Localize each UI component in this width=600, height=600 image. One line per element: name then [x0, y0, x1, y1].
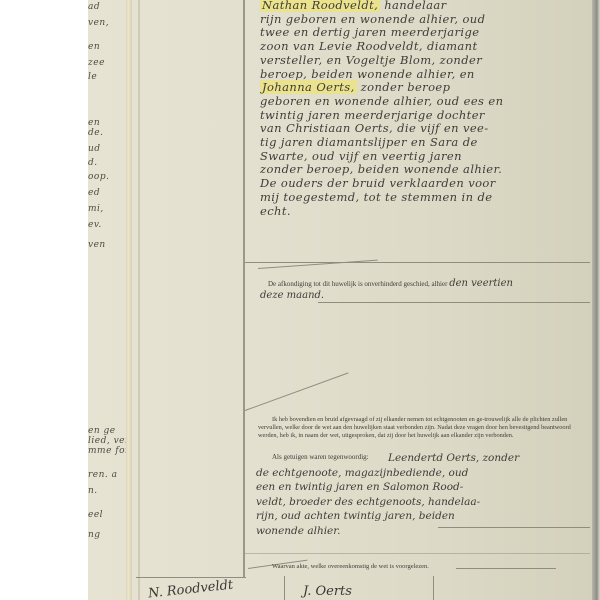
left-fragment-line: oop. — [88, 172, 109, 182]
handwritten-line: De ouders der bruid verklaarden voor — [260, 176, 590, 190]
rule-line — [456, 568, 556, 569]
signature-divider — [433, 576, 434, 600]
handwritten-line: versteller, en Vogeltje Blom, zonder — [260, 53, 590, 67]
handwritten-line: zonder beroep, beiden wonende alhier. — [260, 162, 590, 176]
rule-line — [438, 527, 590, 528]
column-divider-rule — [243, 0, 245, 578]
handwritten-line: beroep, beiden wonende alhier, en — [260, 67, 590, 81]
left-fragment-line: eel — [88, 510, 103, 520]
left-fragment-line: lied, ver — [88, 436, 126, 446]
handwritten-line: zoon van Levie Roodveldt, diamant — [260, 39, 590, 53]
handwritten-line: geboren en wonende alhier, oud ees en — [260, 94, 590, 108]
left-fragment-line: d. — [88, 158, 98, 168]
left-fragment-line: mi, — [88, 204, 104, 214]
declaration-paragraph: Ik heb bovendien en bruid afgevraagd of … — [258, 416, 588, 441]
left-fragment-line: de. — [88, 128, 103, 138]
highlighted-name: Nathan Roodveldt, — [260, 0, 380, 12]
left-fragment-line: le — [88, 72, 97, 82]
handwritten-line: Swarte, oud vijf en veertig jaren — [260, 149, 590, 163]
witness-line: wonende alhier. — [256, 523, 586, 539]
handwritten-line: twee en dertig jaren meerderjarige — [260, 25, 590, 39]
witnesses-label: Als getuigen waren tegenwoordig: — [272, 453, 369, 461]
handwritten-line: Johanna Oerts, zonder beroep — [260, 80, 590, 94]
highlighted-name: Johanna Oerts, — [260, 80, 357, 94]
diagonal-stroke — [245, 372, 349, 411]
signature-divider — [284, 576, 285, 600]
left-fragment-line: ad — [88, 2, 100, 12]
left-page-fragment: adven,enzeeleende.udd.oop.edmi,ev.venen … — [88, 0, 126, 600]
left-fragment-line: ven — [88, 240, 106, 250]
left-fragment-line: ng — [88, 530, 101, 540]
handwritten-line: rijn geboren en wonende alhier, oud — [260, 12, 590, 26]
announcement-continuation: deze maand. — [260, 290, 324, 301]
page-gutter-fold — [126, 0, 132, 600]
scan-edge — [592, 0, 600, 600]
rule-line — [245, 553, 590, 554]
handwritten-line: tig jaren diamantslijper en Sara de — [260, 135, 590, 149]
page-gutter-line — [138, 0, 140, 600]
rule-line — [318, 302, 590, 303]
scanned-document-page: adven,enzeeleende.udd.oop.edmi,ev.venen … — [88, 0, 600, 600]
handwritten-line: twintig jaren meerderjarige dochter — [260, 108, 590, 122]
left-fragment-line: ud — [88, 144, 101, 154]
left-fragment-line: en — [88, 118, 100, 128]
signature-groom: N. Roodveldt — [147, 578, 233, 600]
rule-line — [245, 262, 590, 263]
signature-bride: J. Oerts — [303, 584, 352, 599]
left-fragment-line: ren. a — [88, 470, 118, 480]
announcement-text: De afkondiging tot dit huwelijk is onver… — [268, 278, 513, 289]
handwritten-line: van Christiaan Oerts, die vijf en vee- — [260, 121, 590, 135]
left-fragment-line: n. — [88, 486, 98, 496]
closing-text: Waarvan akte, welke overeenkomstig de we… — [272, 563, 429, 570]
handwritten-line: Nathan Roodveldt, handelaar — [260, 0, 590, 12]
left-fragment-line: en ge — [88, 426, 116, 436]
left-fragment-line: zee — [88, 58, 105, 68]
left-fragment-line: ev. — [88, 220, 102, 230]
left-fragment-line: mme for — [88, 446, 126, 456]
left-fragment-line: ven, — [88, 18, 109, 28]
left-fragment-line: en — [88, 42, 100, 52]
handwritten-line: echt. — [260, 204, 590, 218]
left-fragment-line: ed — [88, 188, 100, 198]
handwritten-line: mij toegestemd, tot te stemmen in de — [260, 190, 590, 204]
